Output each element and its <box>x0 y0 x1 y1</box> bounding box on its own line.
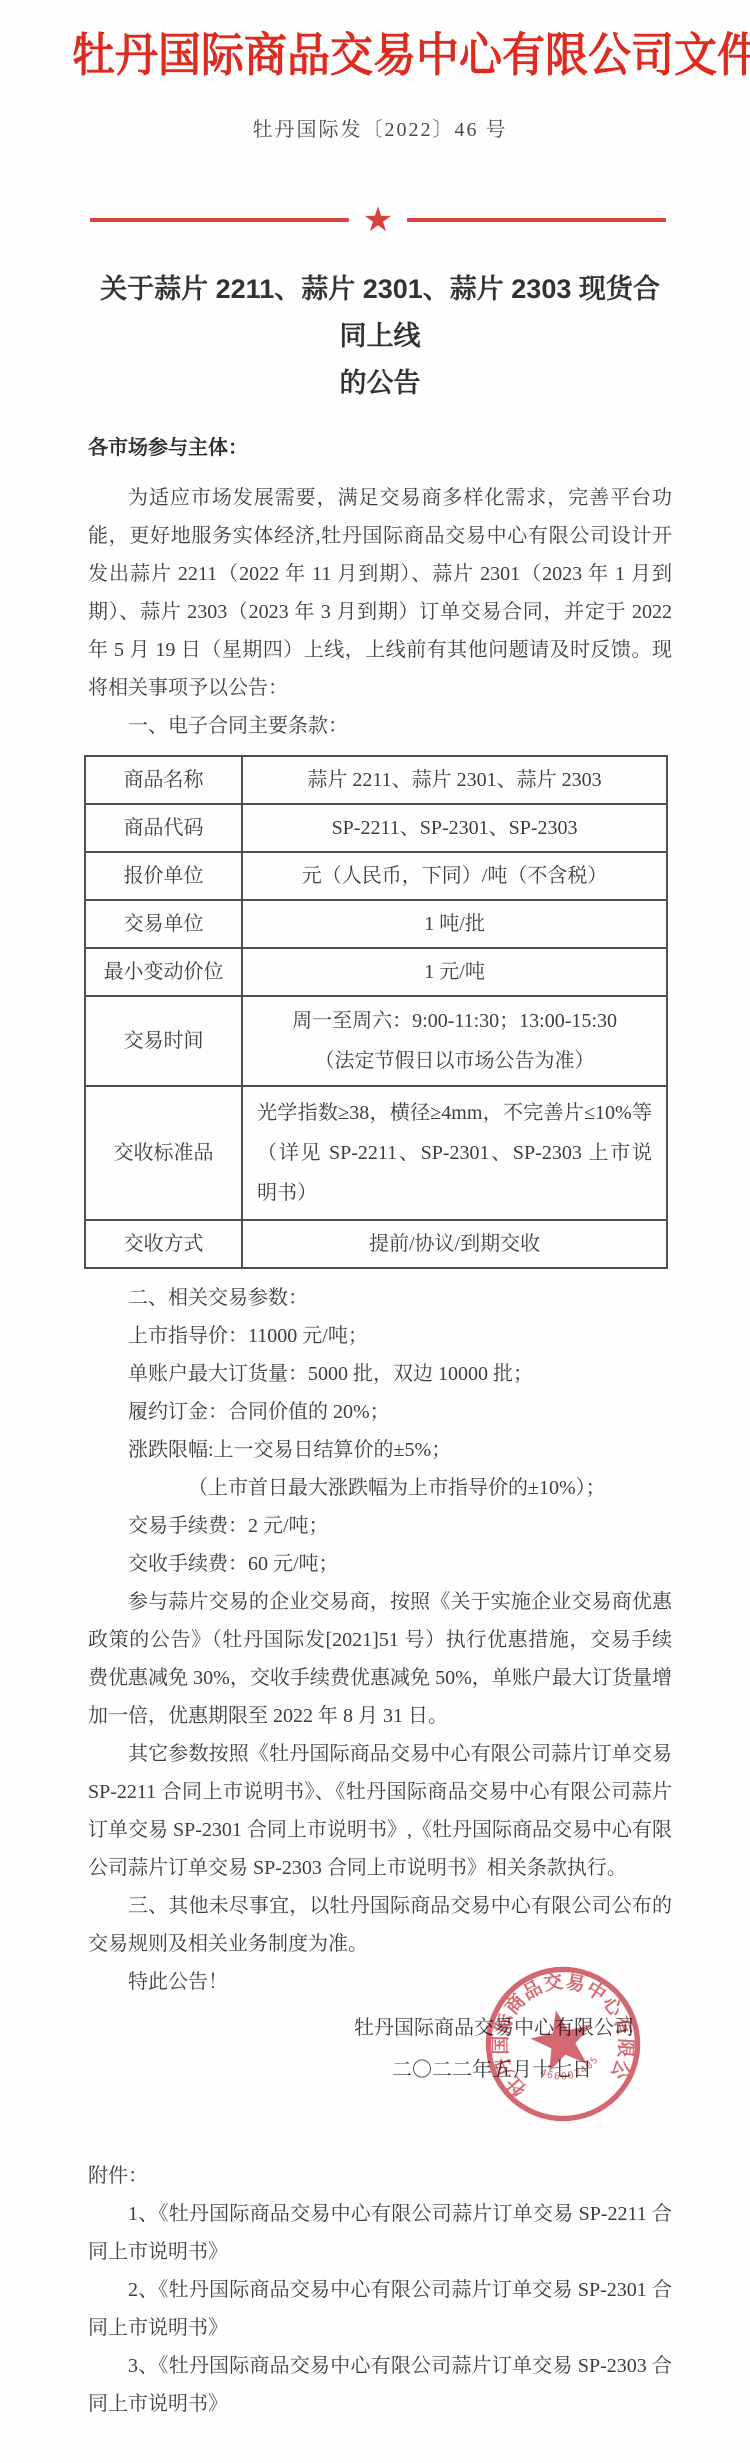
attachment-item: 3、《牡丹国际商品交易中心有限公司蒜片订单交易 SP-2303 合同上市说明书》 <box>88 2347 672 2423</box>
attachments-heading: 附件： <box>88 2157 672 2195</box>
row-label: 交收方式 <box>85 1220 242 1268</box>
row-value: 元（人民币，下同）/吨（不含税） <box>242 852 667 900</box>
row-label: 最小变动价位 <box>85 948 242 996</box>
row-value: 蒜片 2211、蒜片 2301、蒜片 2303 <box>242 756 667 804</box>
param-line: 涨跌限幅:上一交易日结算价的±5%； <box>88 1431 672 1469</box>
document-title-line2: 的公告 <box>88 360 672 407</box>
param-line: （上市首日最大涨跌幅为上市指导价的±10%）； <box>88 1469 672 1507</box>
row-value: 提前/协议/到期交收 <box>242 1220 667 1268</box>
document-title: 关于蒜片 2211、蒜片 2301、蒜片 2303 现货合同上线 的公告 <box>88 266 672 407</box>
trading-hours-line1: 周一至周六：9:00-11:30；13:00-15:30 <box>251 1001 658 1041</box>
section2-heading: 二、相关交易参数： <box>88 1279 672 1317</box>
signature-block: 牡丹国际商品交易中心有限公司 二〇二二年五月十七日 牡丹国际商品交易中心有限公司… <box>88 2007 672 2091</box>
table-row: 商品名称 蒜片 2211、蒜片 2301、蒜片 2303 <box>85 756 667 804</box>
table-row: 商品代码 SP-2211、SP-2301、SP-2303 <box>85 804 667 852</box>
salutation: 各市场参与主体： <box>88 429 672 467</box>
closing-line: 特此公告！ <box>88 1963 672 2001</box>
attachments-section: 附件： 1、《牡丹国际商品交易中心有限公司蒜片订单交易 SP-2211 合同上市… <box>88 2157 672 2423</box>
letterhead-org-title: 牡丹国际商品交易中心有限公司文件 <box>72 20 686 91</box>
document-body: 各市场参与主体： 为适应市场发展需要，满足交易商多样化需求，完善平台功能，更好地… <box>88 429 672 2423</box>
section3-paragraph: 三、其他未尽事宜，以牡丹国际商品交易中心有限公司公布的交易规则及相关业务制度为准… <box>88 1887 672 1963</box>
section1-heading: 一、电子合同主要条款： <box>88 707 672 745</box>
intro-paragraph: 为适应市场发展需要，满足交易商多样化需求，完善平台功能，更好地服务实体经济,牡丹… <box>88 479 672 707</box>
attachment-item: 2、《牡丹国际商品交易中心有限公司蒜片订单交易 SP-2301 合同上市说明书》 <box>88 2271 672 2347</box>
row-label: 交易单位 <box>85 900 242 948</box>
other-params-paragraph: 其它参数按照《牡丹国际商品交易中心有限公司蒜片订单交易 SP-2211 合同上市… <box>88 1735 672 1887</box>
row-label: 交收标准品 <box>85 1086 242 1220</box>
table-row: 交收标准品 光学指数≥38，横径≥4mm，不完善片≤10%等（详见 SP-221… <box>85 1086 667 1220</box>
document-title-line1: 关于蒜片 2211、蒜片 2301、蒜片 2303 现货合同上线 <box>88 266 672 360</box>
row-label: 商品名称 <box>85 756 242 804</box>
signature-date: 二〇二二年五月十七日 <box>88 2049 634 2091</box>
table-row: 报价单位 元（人民币，下同）/吨（不含税） <box>85 852 667 900</box>
discount-paragraph: 参与蒜片交易的企业交易商，按照《关于实施企业交易商优惠政策的公告》（牡丹国际发[… <box>88 1583 672 1735</box>
star-icon: ★ <box>363 203 393 237</box>
row-value: 1 吨/批 <box>242 900 667 948</box>
attachment-item: 1、《牡丹国际商品交易中心有限公司蒜片订单交易 SP-2211 合同上市说明书》 <box>88 2195 672 2271</box>
document-page: 牡丹国际商品交易中心有限公司文件 牡丹国际发〔2022〕46 号 ★ 关于蒜片 … <box>0 0 750 2463</box>
row-value: SP-2211、SP-2301、SP-2303 <box>242 804 667 852</box>
row-value: 周一至周六：9:00-11:30；13:00-15:30 （法定节假日以市场公告… <box>242 996 667 1086</box>
row-label: 商品代码 <box>85 804 242 852</box>
param-line: 交收手续费：60 元/吨； <box>88 1545 672 1583</box>
table-row: 交收方式 提前/协议/到期交收 <box>85 1220 667 1268</box>
signature-org: 牡丹国际商品交易中心有限公司 <box>88 2007 634 2049</box>
param-line: 履约订金：合同价值的 20%； <box>88 1393 672 1431</box>
trading-hours-line2: （法定节假日以市场公告为准） <box>251 1041 658 1081</box>
table-row: 最小变动价位 1 元/吨 <box>85 948 667 996</box>
param-line: 单账户最大订货量：5000 批，双边 10000 批； <box>88 1355 672 1393</box>
table-row: 交易时间 周一至周六：9:00-11:30；13:00-15:30 （法定节假日… <box>85 996 667 1086</box>
row-label: 报价单位 <box>85 852 242 900</box>
divider-line-right <box>407 218 666 222</box>
divider-line-left <box>90 218 349 222</box>
contract-terms-table: 商品名称 蒜片 2211、蒜片 2301、蒜片 2303 商品代码 SP-221… <box>84 755 668 1269</box>
row-label: 交易时间 <box>85 996 242 1086</box>
row-value: 光学指数≥38，横径≥4mm，不完善片≤10%等（详见 SP-2211、SP-2… <box>242 1086 667 1220</box>
table-row: 交易单位 1 吨/批 <box>85 900 667 948</box>
param-line: 交易手续费：2 元/吨； <box>88 1507 672 1545</box>
red-divider: ★ <box>90 200 666 240</box>
param-line: 上市指导价：11000 元/吨； <box>88 1317 672 1355</box>
document-number: 牡丹国际发〔2022〕46 号 <box>88 116 672 144</box>
row-value: 1 元/吨 <box>242 948 667 996</box>
